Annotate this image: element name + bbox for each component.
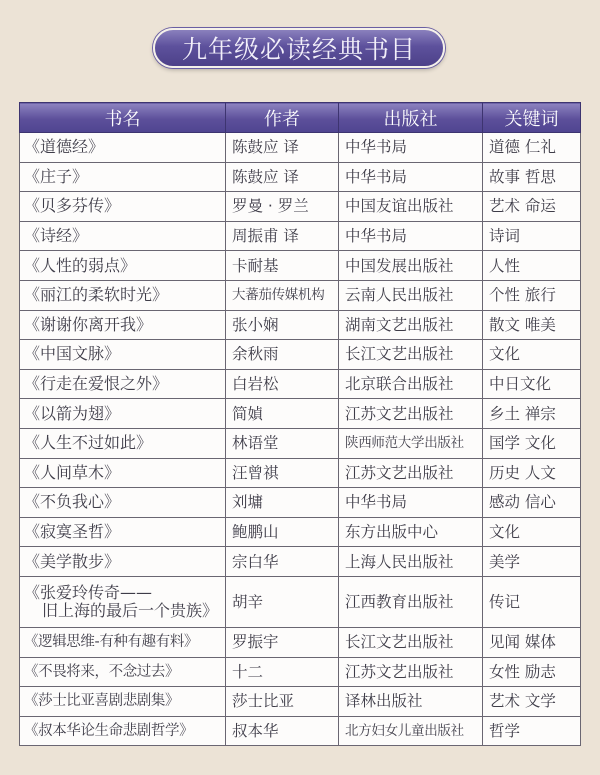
book-keywords: 文化 — [483, 340, 581, 370]
book-title: 《张爱玲传奇—— 旧上海的最后一个贵族》 — [20, 576, 226, 627]
book-author: 罗曼 · 罗兰 — [226, 192, 339, 222]
book-author: 鲍鹏山 — [226, 517, 339, 547]
book-publisher: 长江文艺出版社 — [339, 627, 483, 657]
book-author: 刘墉 — [226, 488, 339, 518]
table-row: 《人性的弱点》卡耐基中国发展出版社人性 — [20, 251, 581, 281]
table-row: 《行走在爱恨之外》白岩松北京联合出版社中日文化 — [20, 369, 581, 399]
table-header-row: 书名 作者 出版社 关键词 — [20, 103, 581, 133]
book-publisher: 江西教育出版社 — [339, 576, 483, 627]
book-title: 《莎士比亚喜剧悲剧集》 — [20, 687, 226, 717]
book-keywords: 女性 励志 — [483, 657, 581, 687]
book-keywords: 中日文化 — [483, 369, 581, 399]
book-publisher: 中国友谊出版社 — [339, 192, 483, 222]
table-row: 《不负我心》刘墉中华书局感动 信心 — [20, 488, 581, 518]
table-row: 《中国文脉》余秋雨长江文艺出版社文化 — [20, 340, 581, 370]
book-publisher: 中华书局 — [339, 488, 483, 518]
book-keywords: 乡土 禅宗 — [483, 399, 581, 429]
book-publisher: 中华书局 — [339, 133, 483, 163]
book-title: 《行走在爱恨之外》 — [20, 369, 226, 399]
book-keywords: 国学 文化 — [483, 428, 581, 458]
book-publisher: 译林出版社 — [339, 687, 483, 717]
book-keywords: 感动 信心 — [483, 488, 581, 518]
book-title: 《贝多芬传》 — [20, 192, 226, 222]
book-author: 张小娴 — [226, 310, 339, 340]
table-row: 《丽江的柔软时光》大蕃茄传媒机构云南人民出版社个性 旅行 — [20, 280, 581, 310]
header-author: 作者 — [226, 103, 339, 133]
book-author: 汪曾祺 — [226, 458, 339, 488]
book-author: 白岩松 — [226, 369, 339, 399]
book-author: 余秋雨 — [226, 340, 339, 370]
book-keywords: 传记 — [483, 576, 581, 627]
book-author: 宗白华 — [226, 547, 339, 577]
table-row: 《张爱玲传奇—— 旧上海的最后一个贵族》 胡辛 江西教育出版社 传记 — [20, 576, 581, 627]
book-title: 《庄子》 — [20, 162, 226, 192]
header-publisher: 出版社 — [339, 103, 483, 133]
book-author: 十二 — [226, 657, 339, 687]
book-keywords: 散文 唯美 — [483, 310, 581, 340]
book-publisher: 中华书局 — [339, 221, 483, 251]
book-keywords: 美学 — [483, 547, 581, 577]
book-author: 陈鼓应 译 — [226, 133, 339, 163]
header-keywords: 关键词 — [483, 103, 581, 133]
book-keywords: 人性 — [483, 251, 581, 281]
table-row: 《道德经》陈鼓应 译中华书局道德 仁礼 — [20, 133, 581, 163]
table-row: 《美学散步》宗白华上海人民出版社美学 — [20, 547, 581, 577]
book-title: 《道德经》 — [20, 133, 226, 163]
book-title: 《人间草木》 — [20, 458, 226, 488]
table-row: 《人生不过如此》林语堂陕西师范大学出版社国学 文化 — [20, 428, 581, 458]
table-row: 《贝多芬传》罗曼 · 罗兰中国友谊出版社艺术 命运 — [20, 192, 581, 222]
book-title: 《人性的弱点》 — [20, 251, 226, 281]
book-publisher: 上海人民出版社 — [339, 547, 483, 577]
book-keywords: 诗词 — [483, 221, 581, 251]
book-title-line2: 旧上海的最后一个贵族》 — [24, 602, 225, 620]
book-author: 卡耐基 — [226, 251, 339, 281]
book-author: 林语堂 — [226, 428, 339, 458]
book-author: 胡辛 — [226, 576, 339, 627]
book-author: 罗振宇 — [226, 627, 339, 657]
table-row: 《人间草木》汪曾祺江苏文艺出版社历史 人文 — [20, 458, 581, 488]
table-row: 《庄子》陈鼓应 译中华书局故事 哲思 — [20, 162, 581, 192]
book-title: 《中国文脉》 — [20, 340, 226, 370]
table-row: 《不畏将来，不念过去》十二江苏文艺出版社女性 励志 — [20, 657, 581, 687]
book-title: 《谢谢你离开我》 — [20, 310, 226, 340]
book-title: 《诗经》 — [20, 221, 226, 251]
page-title: 九年级必读经典书目 — [153, 28, 445, 68]
book-publisher: 江苏文艺出版社 — [339, 399, 483, 429]
book-publisher: 中国发展出版社 — [339, 251, 483, 281]
table-row: 《寂寞圣哲》鲍鹏山东方出版中心文化 — [20, 517, 581, 547]
book-author: 莎士比亚 — [226, 687, 339, 717]
table-row: 《逻辑思维-有种有趣有料》罗振宇长江文艺出版社见闻 媒体 — [20, 627, 581, 657]
table-row: 《以箭为翅》简媜江苏文艺出版社乡土 禅宗 — [20, 399, 581, 429]
book-author: 大蕃茄传媒机构 — [226, 280, 339, 310]
book-keywords: 哲学 — [483, 716, 581, 746]
book-title: 《逻辑思维-有种有趣有料》 — [20, 627, 226, 657]
book-publisher: 湖南文艺出版社 — [339, 310, 483, 340]
book-keywords: 故事 哲思 — [483, 162, 581, 192]
book-author: 陈鼓应 译 — [226, 162, 339, 192]
book-keywords: 个性 旅行 — [483, 280, 581, 310]
header-title: 书名 — [20, 103, 226, 133]
table-row: 《谢谢你离开我》张小娴湖南文艺出版社散文 唯美 — [20, 310, 581, 340]
book-publisher: 云南人民出版社 — [339, 280, 483, 310]
book-publisher: 长江文艺出版社 — [339, 340, 483, 370]
book-author: 叔本华 — [226, 716, 339, 746]
book-publisher: 江苏文艺出版社 — [339, 458, 483, 488]
book-author: 周振甫 译 — [226, 221, 339, 251]
book-keywords: 艺术 命运 — [483, 192, 581, 222]
table-row: 《叔本华论生命悲剧哲学》叔本华北方妇女儿童出版社哲学 — [20, 716, 581, 746]
book-list-table: 书名 作者 出版社 关键词 《道德经》陈鼓应 译中华书局道德 仁礼 《庄子》陈鼓… — [19, 102, 581, 746]
book-keywords: 见闻 媒体 — [483, 627, 581, 657]
book-title: 《丽江的柔软时光》 — [20, 280, 226, 310]
book-keywords: 文化 — [483, 517, 581, 547]
book-keywords: 道德 仁礼 — [483, 133, 581, 163]
book-title: 《美学散步》 — [20, 547, 226, 577]
book-title: 《叔本华论生命悲剧哲学》 — [20, 716, 226, 746]
book-title-line1: 《张爱玲传奇—— — [24, 583, 152, 602]
book-publisher: 中华书局 — [339, 162, 483, 192]
book-publisher: 北京联合出版社 — [339, 369, 483, 399]
book-title: 《不畏将来，不念过去》 — [20, 657, 226, 687]
book-title: 《以箭为翅》 — [20, 399, 226, 429]
book-publisher: 陕西师范大学出版社 — [339, 428, 483, 458]
book-author: 简媜 — [226, 399, 339, 429]
book-title: 《不负我心》 — [20, 488, 226, 518]
book-keywords: 艺术 文学 — [483, 687, 581, 717]
book-publisher: 东方出版中心 — [339, 517, 483, 547]
table-row: 《莎士比亚喜剧悲剧集》莎士比亚译林出版社艺术 文学 — [20, 687, 581, 717]
book-publisher: 北方妇女儿童出版社 — [339, 716, 483, 746]
table-row: 《诗经》周振甫 译中华书局诗词 — [20, 221, 581, 251]
book-keywords: 历史 人文 — [483, 458, 581, 488]
book-publisher: 江苏文艺出版社 — [339, 657, 483, 687]
book-title: 《人生不过如此》 — [20, 428, 226, 458]
book-title: 《寂寞圣哲》 — [20, 517, 226, 547]
